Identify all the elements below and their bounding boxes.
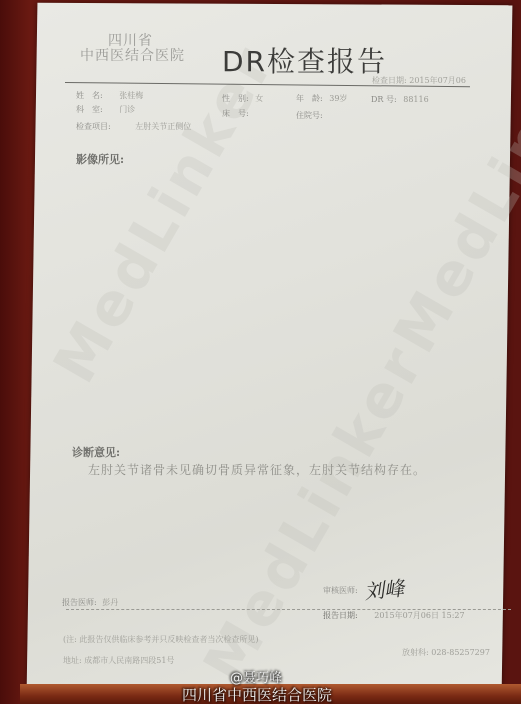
hospital-address: 地址: 成都市人民南路四段51号 xyxy=(63,655,174,666)
dr-number-field: DR 号: 88116 xyxy=(371,94,429,105)
bed-number-field: 床 号: xyxy=(222,108,265,119)
age-value: 39岁 xyxy=(329,93,347,104)
age-label: 年 龄: xyxy=(296,93,323,104)
patient-name-field: 姓 名: 张桂梅 xyxy=(76,90,143,101)
gender-value: 女 xyxy=(255,93,263,104)
radiology-phone-label: 放射科: xyxy=(402,648,429,657)
reporting-doctor-value: 彭丹 xyxy=(102,597,118,608)
department-field: 科 室: 门诊 xyxy=(76,104,135,115)
disclaimer-note: (注: 此报告仅供临床参考并只反映检查者当次检查所见) xyxy=(63,634,258,645)
report-date-field: 报告日期: 2015年07月06日 15:27 xyxy=(323,610,465,621)
patient-name-label: 姓 名: xyxy=(76,90,103,101)
exam-item-label: 检查项目: xyxy=(76,121,111,132)
check-date-label: 检查日期: xyxy=(372,76,407,85)
exam-item-value: 左肘关节正侧位 xyxy=(135,121,191,132)
diagnosis-label: 诊断意见: xyxy=(72,444,120,460)
diagnosis-text: 左肘关节诸骨未见确切骨质异常征象，左肘关节结构存在。 xyxy=(88,461,426,478)
inpatient-number-label: 住院号: xyxy=(296,110,323,121)
dr-number-value: 88116 xyxy=(403,95,428,104)
dr-number-label: DR 号: xyxy=(371,94,397,105)
bed-number-label: 床 号: xyxy=(222,108,249,119)
radiology-phone: 放射科: 028-85257297 xyxy=(402,647,490,658)
hospital-name: 中西医结合医院 xyxy=(80,45,185,65)
age-field: 年 龄: 39岁 xyxy=(296,93,347,104)
department-label: 科 室: xyxy=(76,104,103,115)
radiology-phone-value: 028-85257297 xyxy=(431,648,490,657)
gender-label: 性 别: xyxy=(222,93,249,104)
department-value: 门诊 xyxy=(119,104,135,115)
reviewer-label: 审核医师: xyxy=(323,585,358,596)
reviewer-signature: 刘峰 xyxy=(363,572,406,605)
exam-item-field: 检查项目: 左肘关节正侧位 xyxy=(76,121,191,132)
gender-field: 性 别: 女 xyxy=(222,93,263,104)
check-date-value: 2015年07月06 xyxy=(409,76,466,85)
patient-name-value: 张桂梅 xyxy=(119,90,143,101)
report-title: DR检查报告 xyxy=(222,40,387,80)
check-date: 检查日期: 2015年07月06 xyxy=(372,75,466,86)
report-date-value: 2015年07月06日 15:27 xyxy=(374,610,464,621)
imaging-findings-label: 影像所见: xyxy=(76,151,124,167)
inpatient-number-field: 住院号: xyxy=(296,110,339,121)
reporting-doctor-label: 报告医师: xyxy=(62,597,97,608)
caption-subtitle: 四川省中西医结合医院 xyxy=(182,684,332,704)
reporting-doctor-field: 报告医师: 彭丹 xyxy=(62,597,118,608)
report-date-label: 报告日期: xyxy=(323,610,358,621)
